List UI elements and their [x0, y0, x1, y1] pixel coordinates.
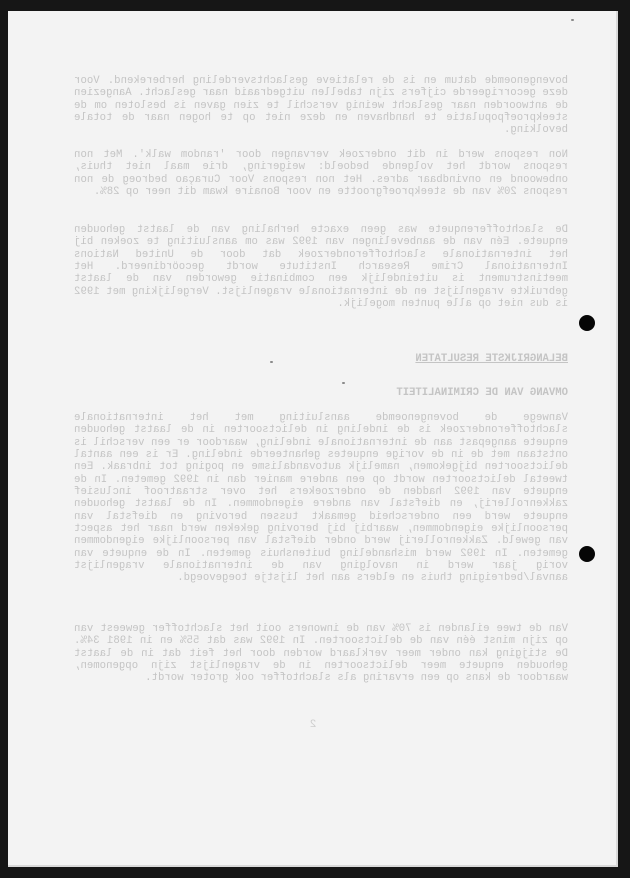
- paragraph-1: bovengenoemde datum en is de relatieve g…: [74, 75, 568, 137]
- scan-speck: [571, 19, 574, 21]
- scan-speck: [342, 382, 345, 384]
- scan-speck: [270, 361, 273, 363]
- paragraph-2: Non respons werd in dit onderzoek vervan…: [74, 149, 568, 198]
- punch-hole-bottom: [579, 546, 595, 562]
- scanned-page: bovengenoemde datum en is de relatieve g…: [8, 11, 618, 867]
- section-heading: BELANGRIJKSTE RESULTATEN: [415, 353, 568, 365]
- paragraph-text: De slachtofferenquete was geen exacte he…: [74, 224, 568, 310]
- punch-hole-top: [579, 315, 595, 331]
- paragraph-text: bovengenoemde datum en is de relatieve g…: [74, 75, 568, 137]
- paragraph-text: Vanwege de bovengenoemde aansluiting met…: [74, 412, 568, 585]
- paragraph-4: Vanwege de bovengenoemde aansluiting met…: [74, 412, 568, 585]
- mirrored-bleed-through-text: bovengenoemde datum en is de relatieve g…: [8, 11, 618, 867]
- paragraph-text: Non respons werd in dit onderzoek vervan…: [74, 149, 568, 198]
- page-number: 2: [8, 719, 618, 731]
- paragraph-5: Van de twee eilanden is 70% van de inwon…: [74, 623, 568, 685]
- subsection-heading: OMVANG VAN DE CRIMINALITEIT: [396, 387, 568, 399]
- paragraph-text: Van de twee eilanden is 70% van de inwon…: [74, 623, 568, 685]
- paragraph-3: De slachtofferenquete was geen exacte he…: [74, 224, 568, 310]
